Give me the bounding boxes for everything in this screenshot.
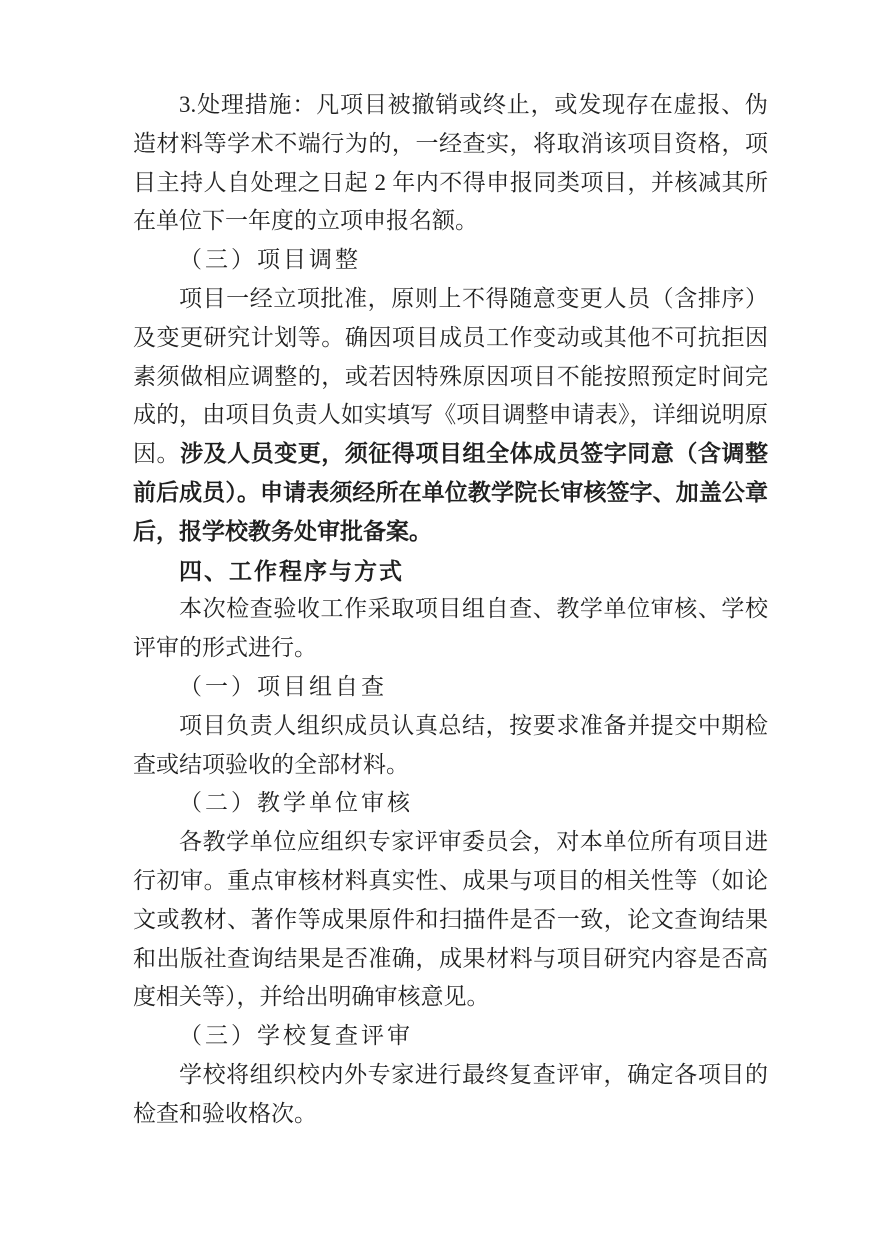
paragraph: 各教学单位应组织专家评审委员会，对本单位所有项目进行初审。重点审核材料真实性、成… [133,823,768,1017]
section-heading: 四、工作程序与方式 [133,552,768,591]
sub-heading: （二）教学单位审核 [133,784,768,823]
paragraph: 项目负责人组织成员认真总结，按要求准备并提交中期检查或结项验收的全部材料。 [133,707,768,785]
paragraph: 本次检查验收工作采取项目组自查、教学单位审核、学校评审的形式进行。 [133,590,768,668]
text-run: 项目一经立项批准，原则上不得随意变更人员（含排序）及变更研究计划等。确因项目成员… [133,286,768,466]
text-run: 本次检查验收工作采取项目组自查、教学单位审核、学校评审的形式进行。 [133,596,768,660]
text-run: （三）项目调整 [179,247,361,272]
sub-heading: （三）学校复查评审 [133,1017,768,1056]
document-page: 3.处理措施：凡项目被撤销或终止，或发现存在虚报、伪造材料等学术不端行为的，一经… [0,0,880,1244]
paragraph: 学校将组织校内外专家进行最终复查评审，确定各项目的检查和验收格次。 [133,1056,768,1134]
sub-heading: （一）项目组自查 [133,668,768,707]
text-run: 学校将组织校内外专家进行最终复查评审，确定各项目的检查和验收格次。 [133,1062,768,1126]
bold-text-run: 涉及人员变更，须征得项目组全体成员签字同意（含调整前后成员）。申请表须经所在单位… [133,441,768,544]
paragraph: 3.处理措施：凡项目被撤销或终止，或发现存在虚报、伪造材料等学术不端行为的，一经… [133,86,768,241]
document-content: 3.处理措施：凡项目被撤销或终止，或发现存在虚报、伪造材料等学术不端行为的，一经… [133,86,768,1134]
text-run: 各教学单位应组织专家评审委员会，对本单位所有项目进行初审。重点审核材料真实性、成… [133,829,768,1009]
text-run: （二）教学单位审核 [179,790,413,815]
text-run: （三）学校复查评审 [179,1023,413,1048]
bold-text-run: 四、工作程序与方式 [179,558,404,584]
text-run: 项目负责人组织成员认真总结，按要求准备并提交中期检查或结项验收的全部材料。 [133,713,768,777]
text-run: （一）项目组自查 [179,674,387,699]
text-run: 3.处理措施：凡项目被撤销或终止，或发现存在虚报、伪造材料等学术不端行为的，一经… [133,92,768,233]
sub-heading: （三）项目调整 [133,241,768,280]
paragraph: 项目一经立项批准，原则上不得随意变更人员（含排序）及变更研究计划等。确因项目成员… [133,280,768,552]
